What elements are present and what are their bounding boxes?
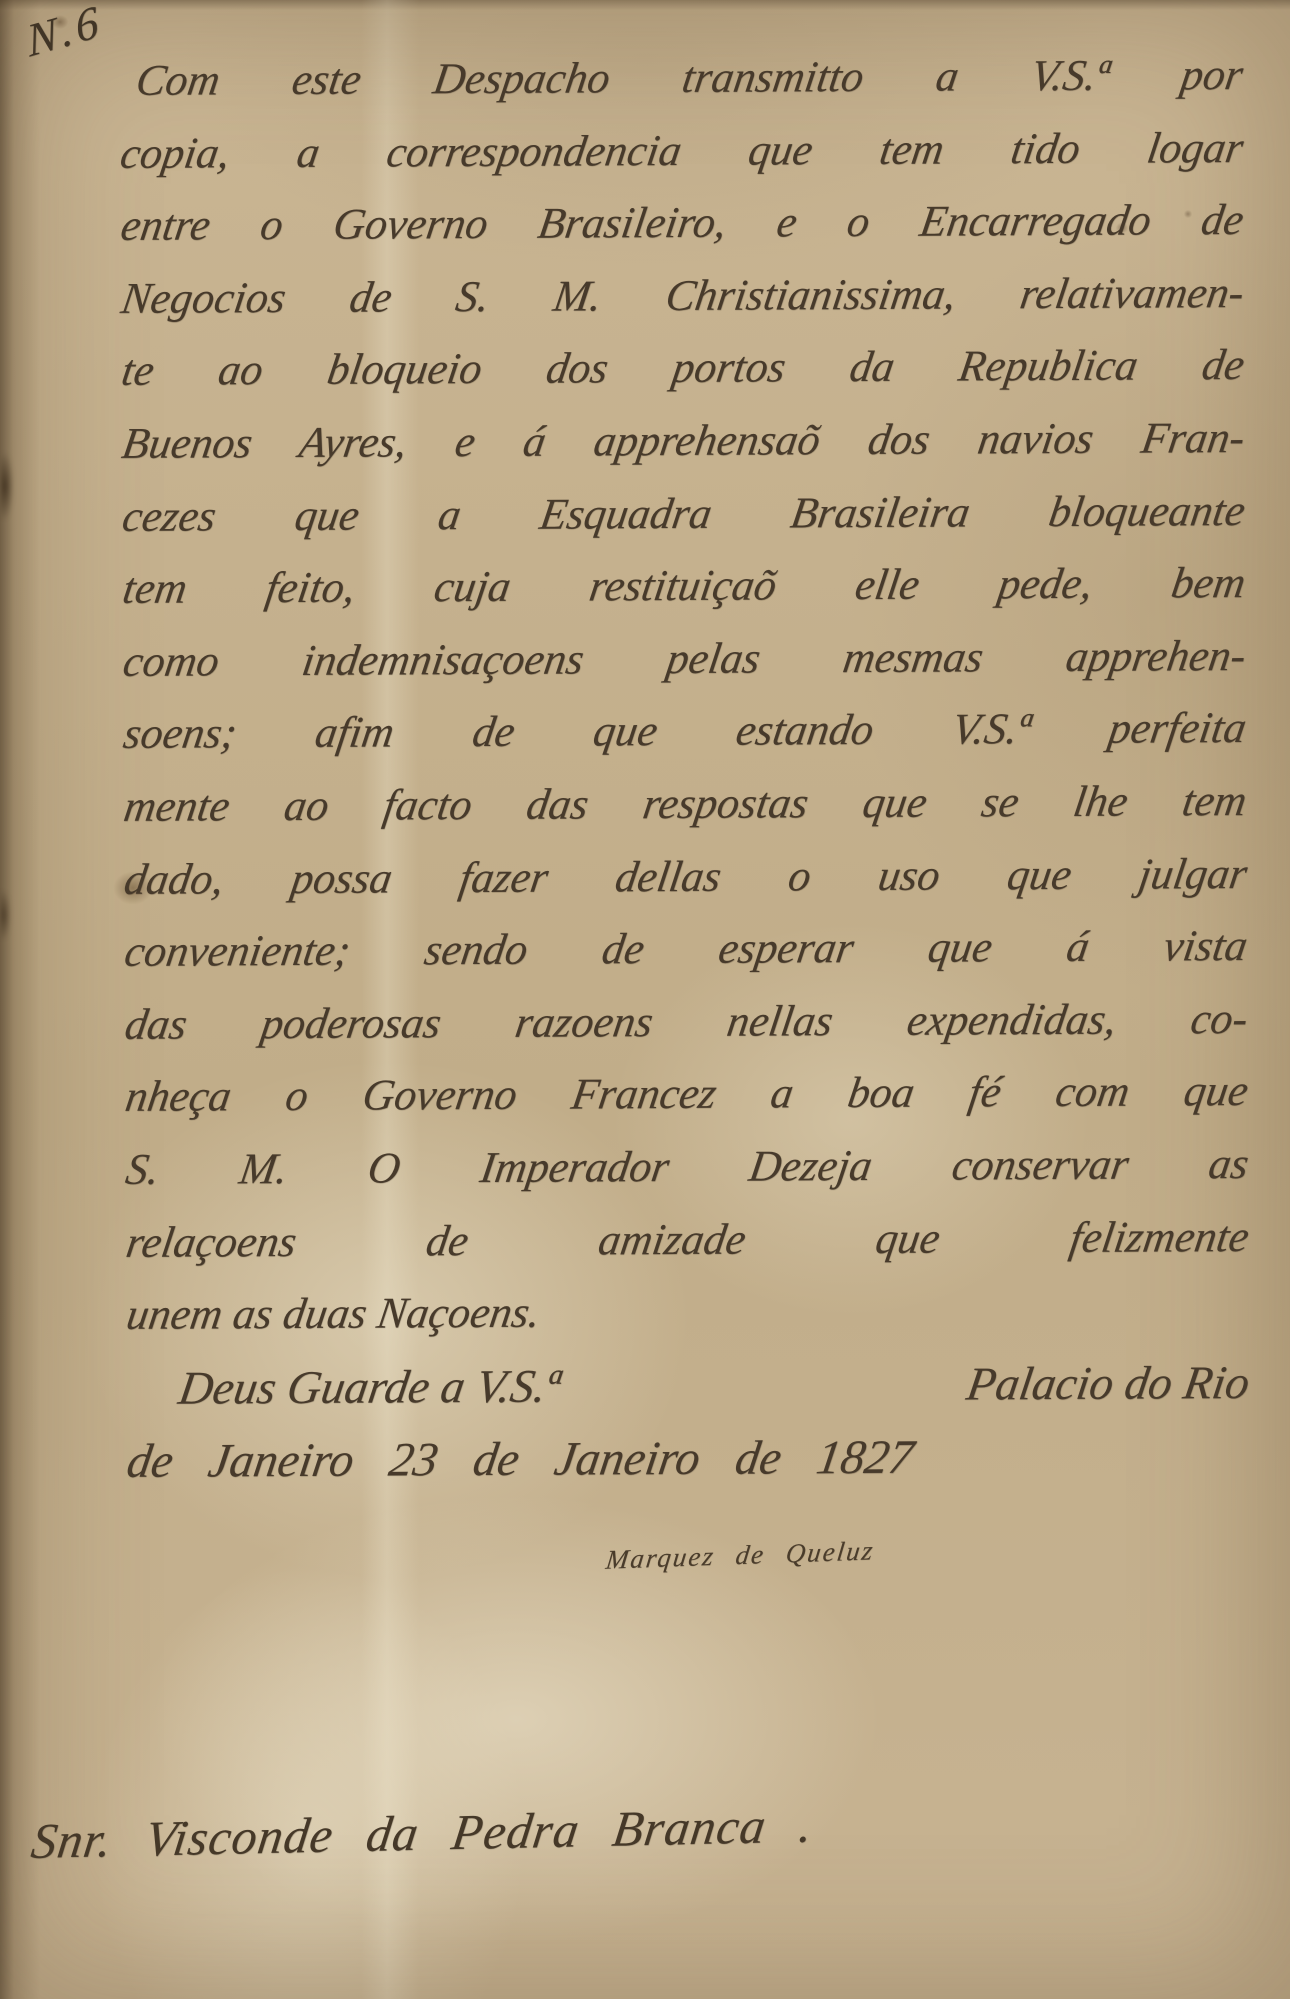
letter-line: conveniente; sendo de esperar que á vist… — [118, 920, 1251, 999]
letter-line: entre o Governo Brasileiro, e o Encarreg… — [114, 194, 1247, 273]
letter-line: como indemnisaçoens pelas mesmas apprehe… — [116, 630, 1249, 709]
place-name: Palacio do Rio — [960, 1356, 1253, 1430]
letter-line: nheça o Governo Francez a boa fé com que — [119, 1065, 1252, 1144]
addressee: Snr. Visconde da Pedra Branca . — [28, 1795, 817, 1870]
letter-line: Buenos Ayres, e á apprehensaõ dos navios… — [115, 412, 1248, 491]
signature: Marquez de Queluz — [604, 1535, 876, 1576]
date-line: de Janeiro 23 de Janeiro de 1827 — [121, 1428, 1254, 1507]
letter-line: S. M. O Imperador Dezeja conservar as — [119, 1138, 1252, 1217]
letter-line: Com este Despacho transmitto a V.S.ª por — [113, 49, 1246, 128]
valediction: Deus Guarde a V.S.ª — [172, 1359, 563, 1434]
binding-edge-mark — [0, 880, 14, 950]
manuscript-page: N.6 Com este Despacho transmitto a V.S.ª… — [0, 0, 1290, 1999]
closing-line: Deus Guarde a V.S.ª Palacio do Rio — [120, 1356, 1253, 1435]
letter-line: tem feito, cuja restituiçaõ elle pede, b… — [116, 557, 1249, 636]
despatch-number: N.6 — [24, 0, 106, 68]
letter-line: mente ao facto das respostas que se lhe … — [117, 775, 1250, 854]
letter-body: Com este Despacho transmitto a V.S.ª por… — [114, 49, 1244, 1507]
letter-line: unem as duas Naçoens. — [120, 1283, 1253, 1362]
letter-line: te ao bloqueio dos portos da Republica d… — [115, 339, 1248, 418]
letter-line: copia, a correspondencia que tem tido lo… — [114, 122, 1247, 201]
letter-line: relaçoens de amizade que felizmente — [120, 1211, 1253, 1290]
letter-line: soens; afim de que estando V.S.ª perfeit… — [117, 702, 1250, 781]
letter-line: dado, possa fazer dellas o uso que julga… — [118, 848, 1251, 927]
letter-line: das poderosas razoens nellas expendidas,… — [118, 993, 1251, 1072]
letter-line: Negocios de S. M. Christianissima, relat… — [115, 267, 1248, 346]
letter-line: cezes que a Esquadra Brasileira bloquean… — [116, 485, 1249, 564]
binding-edge-mark — [0, 438, 16, 534]
